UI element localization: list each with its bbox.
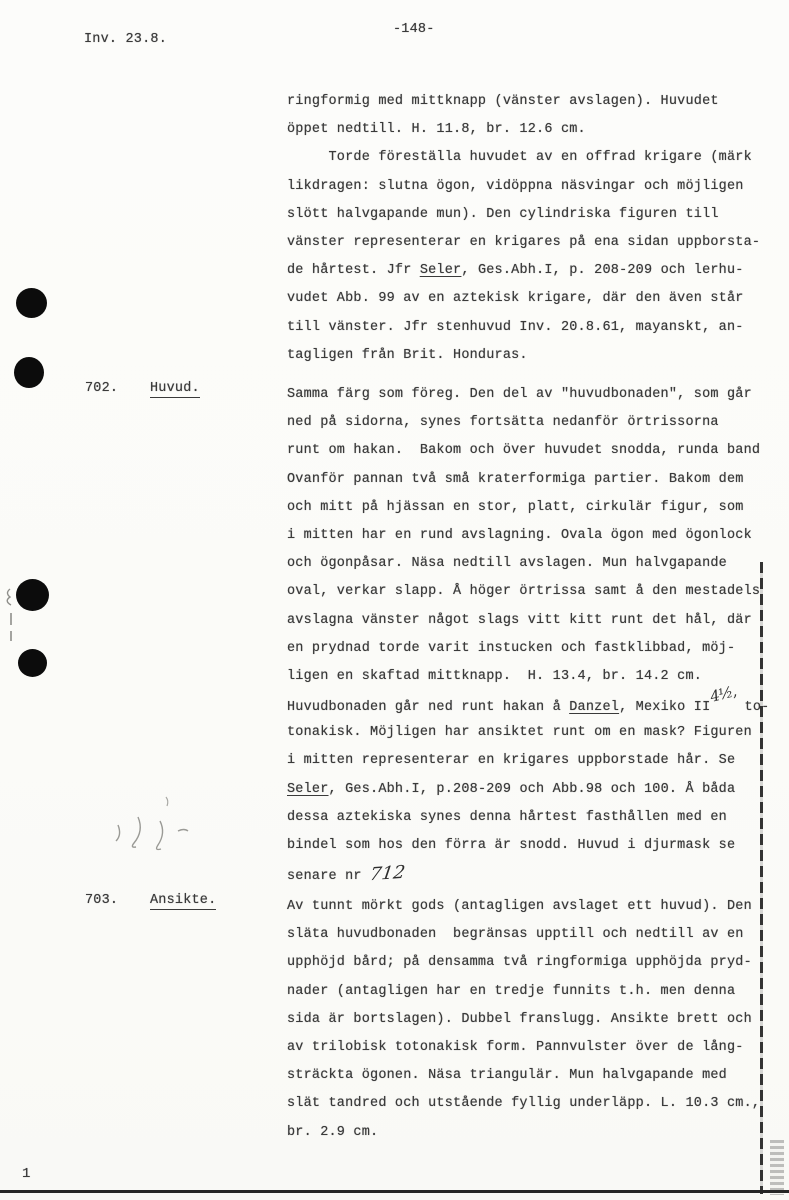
text-line: de hårtest. Jfr Seler, Ges.Abh.I, p. 208… [287, 257, 772, 285]
text-line: ringformig med mittknapp (vänster avslag… [287, 88, 772, 116]
typed-text: , Ges.Abh.I, p. 208-209 och lerhu- [461, 263, 743, 278]
corner-mark: 1 [22, 1166, 31, 1182]
pencil-scribble [108, 795, 198, 860]
text-line: oval, verkar slapp. Å höger örtrissa sam… [287, 578, 772, 606]
hole-punch-mark [16, 579, 49, 611]
handwritten-annotation: 712 [368, 859, 407, 890]
typed-text: och ögonpåsar. Näsa nedtill avslagen. Mu… [287, 556, 727, 571]
text-line: bindel som hos den förra är snodd. Huvud… [287, 832, 772, 860]
typed-text: av trilobisk totonakisk form. Pannvulste… [287, 1040, 744, 1055]
text-line: nader (antagligen har en tredje funnits … [287, 978, 772, 1006]
text-line: vudet Abb. 99 av en aztekisk krigare, dä… [287, 285, 772, 313]
text-line: tagligen från Brit. Honduras. [287, 342, 772, 370]
typed-text: i mitten representerar en krigares uppbo… [287, 753, 735, 768]
hole-punch-mark [18, 649, 47, 677]
typed-text: tonakisk. Möjligen har ansiktet runt om … [287, 725, 752, 740]
scanned-document-page: Inv. 23.8. -148- ringformig med mittknap… [0, 0, 789, 1200]
text-line: och ögonpåsar. Näsa nedtill avslagen. Mu… [287, 550, 772, 578]
underlined-reference: Seler [287, 782, 329, 797]
typed-text: bindel som hos den förra är snodd. Huvud… [287, 838, 735, 853]
typed-text: Av tunnt mörkt gods (antagligen avslaget… [287, 899, 752, 914]
text-line: och mitt på hjässan en stor, platt, cirk… [287, 494, 772, 522]
scan-edge-smudge [770, 1140, 784, 1195]
underlined-reference: Danzel [569, 700, 619, 715]
text-line: öppet nedtill. H. 11.8, br. 12.6 cm. [287, 116, 772, 144]
typed-text: dessa aztekiska synes denna hårtest fast… [287, 810, 727, 825]
text-line: upphöjd bård; på densamma två ringformig… [287, 949, 772, 977]
typed-text: de hårtest. Jfr [287, 263, 420, 278]
text-line: slött halvgapande mun). Den cylindriska … [287, 201, 772, 229]
text-line: Torde föreställa huvudet av en offrad kr… [287, 144, 772, 172]
typed-text: , Mexiko II [619, 700, 710, 715]
text-line: Samma färg som föreg. Den del av "huvudb… [287, 381, 772, 409]
entry-number: 703. [85, 893, 118, 908]
typed-text: öppet nedtill. H. 11.8, br. 12.6 cm. [287, 122, 586, 137]
text-line: Ovanför pannan två små kraterformiga par… [287, 466, 772, 494]
typed-text: oval, verkar slapp. Å höger örtrissa sam… [287, 584, 760, 599]
text-line: senare nr 712 [287, 860, 772, 888]
typed-text: och mitt på hjässan en stor, platt, cirk… [287, 500, 744, 515]
text-line: av trilobisk totonakisk form. Pannvulste… [287, 1034, 772, 1062]
typed-text: vänster representerar en krigares på ena… [287, 235, 760, 250]
text-line: sida är bortslagen). Dubbel franslugg. A… [287, 1006, 772, 1034]
typed-text: to- [736, 700, 769, 715]
typed-text: avslagna vänster något slags vitt kitt r… [287, 613, 752, 628]
text-line: släta huvudbonaden begränsas upptill och… [287, 921, 772, 949]
typed-text: sträckta ögonen. Näsa triangulär. Mun ha… [287, 1068, 727, 1083]
text-line: runt om hakan. Bakom och över huvudet sn… [287, 437, 772, 465]
entry-label: Ansikte. [150, 893, 216, 910]
typed-text: tagligen från Brit. Honduras. [287, 348, 528, 363]
typed-text: Ovanför pannan två små kraterformiga par… [287, 472, 744, 487]
text-line: Av tunnt mörkt gods (antagligen avslaget… [287, 893, 772, 921]
text-line: sträckta ögonen. Näsa triangulär. Mun ha… [287, 1062, 772, 1090]
text-line: en prydnad torde varit instucken och fas… [287, 635, 772, 663]
typed-text: upphöjd bård; på densamma två ringformig… [287, 955, 752, 970]
typed-text: likdragen: slutna ögon, vidöppna näsving… [287, 179, 744, 194]
typed-text: ned på sidorna, synes fortsätta nedanför… [287, 415, 719, 430]
typed-text: till vänster. Jfr stenhuvud Inv. 20.8.61… [287, 320, 744, 335]
typed-text: släta huvudbonaden begränsas upptill och… [287, 927, 744, 942]
binding-bleed-line [760, 562, 763, 1194]
typed-text: runt om hakan. Bakom och över huvudet sn… [287, 443, 760, 458]
typed-text: Huvudbonaden går ned runt hakan å [287, 700, 569, 715]
hole-punch-mark [14, 357, 44, 388]
page-number: -148- [393, 22, 435, 37]
typed-text: Samma färg som föreg. Den del av "huvudb… [287, 387, 752, 402]
hole-punch-mark [16, 288, 47, 318]
typed-text: vudet Abb. 99 av en aztekisk krigare, dä… [287, 291, 744, 306]
typed-text: i mitten har en rund avslagning. Ovala ö… [287, 528, 752, 543]
text-line: i mitten representerar en krigares uppbo… [287, 747, 772, 775]
typed-text: sida är bortslagen). Dubbel franslugg. A… [287, 1012, 752, 1027]
text-line: ligen en skaftad mittknapp. H. 13.4, br.… [287, 663, 772, 691]
text-line: br. 2.9 cm. [287, 1119, 772, 1147]
text-line: i mitten har en rund avslagning. Ovala ö… [287, 522, 772, 550]
text-line: Seler, Ges.Abh.I, p.208-209 och Abb.98 o… [287, 776, 772, 804]
entry-text-block: Samma färg som föreg. Den del av "huvudb… [287, 381, 772, 888]
inventory-label: Inv. 23.8. [84, 32, 167, 47]
typed-text: , Ges.Abh.I, p.208-209 och Abb.98 och 10… [329, 782, 736, 797]
typed-text: nader (antagligen har en tredje funnits … [287, 984, 735, 999]
text-line: tonakisk. Möjligen har ansiktet runt om … [287, 719, 772, 747]
text-line: avslagna vänster något slags vitt kitt r… [287, 607, 772, 635]
text-line: likdragen: slutna ögon, vidöppna näsving… [287, 173, 772, 201]
entry-text-block: ringformig med mittknapp (vänster avslag… [287, 88, 772, 370]
text-line: slät tandred och utstående fyllig underl… [287, 1090, 772, 1118]
typed-text: slät tandred och utstående fyllig underl… [287, 1096, 760, 1111]
text-line: vänster representerar en krigares på ena… [287, 229, 772, 257]
typed-text: slött halvgapande mun). Den cylindriska … [287, 207, 719, 222]
typed-text: br. 2.9 cm. [287, 1125, 378, 1140]
typed-text: en prydnad torde varit instucken och fas… [287, 641, 735, 656]
text-line: Huvudbonaden går ned runt hakan å Danzel… [287, 691, 772, 719]
text-line: dessa aztekiska synes denna hårtest fast… [287, 804, 772, 832]
entry-number: 702. [85, 381, 118, 396]
text-line: ned på sidorna, synes fortsätta nedanför… [287, 409, 772, 437]
text-line: till vänster. Jfr stenhuvud Inv. 20.8.61… [287, 314, 772, 342]
typed-text: ringformig med mittknapp (vänster avslag… [287, 94, 719, 109]
underlined-reference: Seler [420, 263, 462, 278]
typed-text: Torde föreställa huvudet av en offrad kr… [287, 150, 752, 165]
entry-label: Huvud. [150, 381, 200, 398]
entry-text-block: Av tunnt mörkt gods (antagligen avslaget… [287, 893, 772, 1147]
page-bottom-edge-line [0, 1190, 789, 1193]
typed-text: ligen en skaftad mittknapp. H. 13.4, br.… [287, 669, 702, 684]
typed-text: senare nr [287, 869, 370, 884]
